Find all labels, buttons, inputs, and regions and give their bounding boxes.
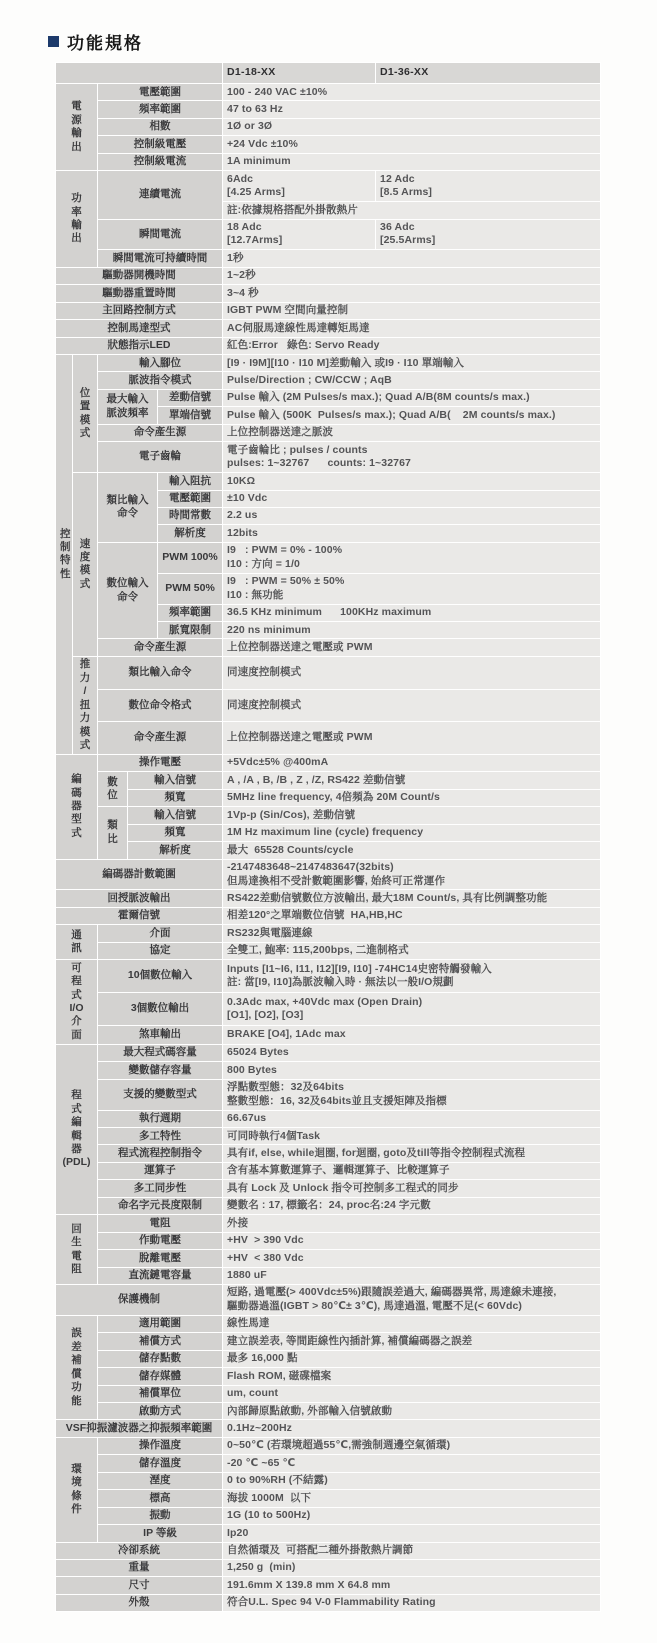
spec-value: 具有 Lock 及 Unlock 指令可控制多工程式的同步 <box>223 1180 601 1197</box>
spec-value: 2.2 us <box>223 507 601 524</box>
spec-row-label: 10個數位輸入 <box>98 960 223 993</box>
spec-value: 紅色:Error 綠色: Servo Ready <box>223 337 601 354</box>
spec-row-label: 瞬間電流 <box>98 219 223 250</box>
spec-row-label: 頻寬 <box>128 824 223 841</box>
section-title-text: 功能規格 <box>67 29 143 54</box>
spec-row-label: PWM 50% <box>158 573 223 604</box>
spec-row-label: 連續電流 <box>98 171 223 219</box>
spec-value: 符合U.L. Spec 94 V-0 Flammability Rating <box>223 1594 601 1611</box>
spec-value: 內部歸原點啟動, 外部輸入信號啟動 <box>223 1403 601 1420</box>
spec-value: I9 : PWM = 50% ± 50% I10 : 無功能 <box>223 573 601 604</box>
spec-row-label: 補償方式 <box>98 1333 223 1350</box>
spec-row-label: 頻寬 <box>128 789 223 806</box>
spec-row-label: 電子齒輪 <box>98 442 223 473</box>
spec-row-label: 振動 <box>98 1507 223 1524</box>
spec-row-label: 煞車輸出 <box>98 1026 223 1045</box>
spec-value: 線性馬達 <box>223 1315 601 1332</box>
spec-row-label: 命令產生源 <box>98 424 223 441</box>
spec-row-label: 控制馬達型式 <box>56 320 223 337</box>
spec-row-label: PWM 100% <box>158 542 223 573</box>
spec-group-label: 電 源 輸 出 <box>56 84 98 171</box>
spec-value: 1G (10 to 500Hz) <box>223 1507 601 1524</box>
spec-value: 建立誤差表, 等間距線性內插計算, 補償編碼器之誤差 <box>223 1333 601 1350</box>
spec-row-label: IP 等級 <box>98 1525 223 1542</box>
spec-row-label: 介面 <box>98 925 223 942</box>
section-title: 功能規格 <box>48 29 143 54</box>
spec-row-label: 命令產生源 <box>98 722 223 755</box>
spec-value: 可同時執行4個Task <box>223 1128 601 1145</box>
spec-group-label: 數 位 <box>98 772 128 807</box>
spec-group-label: 控 制 特 性 <box>56 355 73 755</box>
spec-value: 1Vp-p (Sin/Cos), 差動信號 <box>223 807 601 824</box>
spec-row-label: 輸入阻抗 <box>158 473 223 490</box>
spec-row-label: 程式流程控制指令 <box>98 1145 223 1162</box>
spec-row-label: 編碼器計數範圍 <box>56 859 223 890</box>
spec-row-label: VSF抑振濾波器之抑振頻率範圍 <box>56 1420 223 1437</box>
spec-row-label: 輸入信號 <box>128 772 223 789</box>
spec-group-label: 功 率 輸 出 <box>56 171 98 268</box>
spec-row-label: 相數 <box>98 118 223 135</box>
spec-group-label: 通 訊 <box>56 925 98 960</box>
spec-row-label: 作動電壓 <box>98 1232 223 1249</box>
spec-row-label: 回授脈波輸出 <box>56 890 223 907</box>
spec-row-label: 頻率範圍 <box>98 101 223 118</box>
spec-value: 0.3Adc max, +40Vdc max (Open Drain) [O1]… <box>223 993 601 1026</box>
spec-value: 36 Adc [25.5Arms] <box>376 219 601 250</box>
spec-row-label: 頻率範圍 <box>158 604 223 621</box>
spec-value: 0.1Hz~200Hz <box>223 1420 601 1437</box>
spec-value: 36.5 KHz minimum 100KHz maximum <box>223 604 601 621</box>
spec-row-label: 電壓範圍 <box>158 490 223 507</box>
spec-row-label: 時間常數 <box>158 507 223 524</box>
spec-row-label: 霍爾信號 <box>56 907 223 924</box>
spec-row-label: 啟動方式 <box>98 1403 223 1420</box>
spec-row-label: 命名字元長度限制 <box>98 1197 223 1214</box>
model-column-header: D1-36-XX <box>376 63 601 84</box>
spec-row-label: 數位輸入 命令 <box>98 542 158 639</box>
spec-value: IGBT PWM 空間向量控制 <box>223 302 601 319</box>
spec-row-label: 驅動器開機時間 <box>56 267 223 284</box>
spec-value: 上位控制器送達之電壓或 PWM <box>223 722 601 755</box>
spec-row-label: 3個數位輸出 <box>98 993 223 1026</box>
spec-row-label: 多工同步性 <box>98 1180 223 1197</box>
spec-value: 1秒 <box>223 250 601 267</box>
spec-value: [I9 · I9M][I10 · I10 M]差動輸入 或I9 · I10 單端… <box>223 355 601 372</box>
spec-group-label: 推 力 / 扭 力 模 式 <box>73 656 98 754</box>
spec-value: +24 Vdc ±10% <box>223 136 601 153</box>
spec-group-label: 類 比 <box>98 807 128 859</box>
spec-value: 全雙工, 鮑率: 115,200bps, 二進制格式 <box>223 942 601 959</box>
spec-row-label: 儲存溫度 <box>98 1455 223 1472</box>
spec-row-label: 主回路控制方式 <box>56 302 223 319</box>
spec-value: 1880 uF <box>223 1267 601 1284</box>
spec-value: 3~4 秒 <box>223 285 601 302</box>
spec-value: RS422差動信號數位方波輸出, 最大18M Count/s, 具有比例調整功能 <box>223 890 601 907</box>
spec-row-label: 差動信號 <box>158 389 223 406</box>
spec-value: 1A minimum <box>223 153 601 170</box>
spec-value: 10KΩ <box>223 473 601 490</box>
spec-row-label: 脈寬限制 <box>158 622 223 639</box>
spec-value: 220 ns minimum <box>223 622 601 639</box>
spec-row-label: 輸入信號 <box>128 807 223 824</box>
spec-value: -20 ℃ ~65 ℃ <box>223 1455 601 1472</box>
spec-sheet-page: 功能規格 D1-18-XXD1-36-XX電 源 輸 出電壓範圍100 - 24… <box>0 0 657 1643</box>
spec-row-label: 適用範圍 <box>98 1315 223 1332</box>
spec-value: ±10 Vdc <box>223 490 601 507</box>
spec-value: +HV > 390 Vdc <box>223 1232 601 1249</box>
spec-value: 外接 <box>223 1215 601 1232</box>
spec-row-label: 重量 <box>56 1559 223 1576</box>
spec-value: A , /A , B, /B , Z , /Z, RS422 差動信號 <box>223 772 601 789</box>
spec-row-label: 操作溫度 <box>98 1437 223 1454</box>
spec-row-label: 單端信號 <box>158 407 223 424</box>
spec-value: 191.6mm X 139.8 mm X 64.8 mm <box>223 1577 601 1594</box>
spec-value: RS232與電腦連線 <box>223 925 601 942</box>
spec-value: 100 - 240 VAC ±10% <box>223 84 601 101</box>
spec-value: 相差120°之單端數位信號 HA,HB,HC <box>223 907 601 924</box>
spec-row-label: 數位命令格式 <box>98 689 223 722</box>
spec-value: 47 to 63 Hz <box>223 101 601 118</box>
spec-row-label: 冷卻系統 <box>56 1542 223 1559</box>
spec-value: 同速度控制模式 <box>223 656 601 689</box>
spec-row-label: 標高 <box>98 1490 223 1507</box>
spec-value: 同速度控制模式 <box>223 689 601 722</box>
spec-row-label: 控制級電流 <box>98 153 223 170</box>
spec-value: um, count <box>223 1385 601 1402</box>
spec-row-label: 類比輸入命令 <box>98 656 223 689</box>
spec-row-label: 控制級電壓 <box>98 136 223 153</box>
spec-row-label: 最大輸入 脈波頻率 <box>98 389 158 424</box>
spec-row-label: 儲存點數 <box>98 1350 223 1367</box>
model-column-header: D1-18-XX <box>223 63 376 84</box>
spec-value: 12 Adc [8.5 Arms] <box>376 171 601 202</box>
spec-table-body: D1-18-XXD1-36-XX電 源 輸 出電壓範圍100 - 240 VAC… <box>56 63 601 1612</box>
spec-value: 1~2秒 <box>223 267 601 284</box>
spec-value: Ip20 <box>223 1525 601 1542</box>
section-bullet-icon <box>48 36 59 47</box>
spec-value: I9 : PWM = 0% - 100% I10 : 方向 = 1/0 <box>223 542 601 573</box>
spec-group-label: 編 碼 器 型 式 <box>56 754 98 859</box>
spec-row-label: 尺寸 <box>56 1577 223 1594</box>
table-corner-cell <box>56 63 223 84</box>
spec-value: 短路, 過電壓(> 400Vdc±5%)跟隨誤差過大, 編碼器異常, 馬達線未連… <box>223 1284 601 1315</box>
spec-value: 電子齒輪比 ; pulses / counts pulses: 1~32767 … <box>223 442 601 473</box>
spec-value: 6Adc [4.25 Arms] <box>223 171 376 202</box>
spec-value: BRAKE [O4], 1Adc max <box>223 1026 601 1045</box>
spec-value: +HV < 380 Vdc <box>223 1250 601 1267</box>
spec-row-label: 運算子 <box>98 1162 223 1179</box>
spec-group-label: 環 境 條 件 <box>56 1437 98 1542</box>
spec-row-label: 外殼 <box>56 1594 223 1611</box>
spec-value: 含有基本算數運算子、邏輯運算子、比較運算子 <box>223 1162 601 1179</box>
spec-value: Inputs [I1~I6, I11, I12][I9, I10] -74HC1… <box>223 960 601 993</box>
spec-value: AC伺服馬達線性馬達轉矩馬達 <box>223 320 601 337</box>
spec-value: 1,250 g (min) <box>223 1559 601 1576</box>
spec-value: Flash ROM, 磁碟檔案 <box>223 1368 601 1385</box>
spec-group-label: 回 生 電 阻 <box>56 1215 98 1285</box>
spec-row-label: 電阻 <box>98 1215 223 1232</box>
spec-row-label: 類比輸入 命令 <box>98 473 158 543</box>
spec-value: 上位控制器送達之脈波 <box>223 424 601 441</box>
spec-row-label: 溼度 <box>98 1472 223 1489</box>
spec-row-label: 支援的變數型式 <box>98 1079 223 1110</box>
spec-value: 5MHz line frequency, 4倍頻為 20M Count/s <box>223 789 601 806</box>
spec-value: 800 Bytes <box>223 1062 601 1079</box>
spec-value: 最大 65528 Counts/cycle <box>223 842 601 859</box>
spec-value: Pulse 輸入 (500K Pulses/s max.); Quad A/B(… <box>223 407 601 424</box>
spec-group-label: 可 程 式 I/O 介 面 <box>56 960 98 1045</box>
spec-value: +5Vdc±5% @400mA <box>223 754 601 771</box>
spec-row-label: 輸入腳位 <box>98 355 223 372</box>
spec-row-label: 瞬間電流可持續時間 <box>98 250 223 267</box>
spec-row-label: 脈波指令模式 <box>98 372 223 389</box>
spec-value: 上位控制器送達之電壓或 PWM <box>223 639 601 656</box>
spec-row-label: 驅動器重置時間 <box>56 285 223 302</box>
spec-row-label: 狀態指示LED <box>56 337 223 354</box>
spec-group-label: 速 度 模 式 <box>73 473 98 657</box>
spec-row-label: 解析度 <box>128 842 223 859</box>
spec-row-label: 補償單位 <box>98 1385 223 1402</box>
spec-value: 12bits <box>223 525 601 542</box>
spec-value: 1Ø or 3Ø <box>223 118 601 135</box>
spec-value: 66.67us <box>223 1110 601 1127</box>
spec-row-label: 變數儲存容量 <box>98 1062 223 1079</box>
spec-value: 自然循環及 可搭配二種外掛散熱片調節 <box>223 1542 601 1559</box>
spec-value: 浮點數型態：32及64bits 整數型態：16, 32及64bits並且支援矩陣… <box>223 1079 601 1110</box>
spec-value: 海拔 1000M 以下 <box>223 1490 601 1507</box>
spec-value: 註:依據規格搭配外掛散熱片 <box>223 202 601 219</box>
spec-value: Pulse 輸入 (2M Pulses/s max.); Quad A/B(8M… <box>223 389 601 406</box>
spec-value: 最多 16,000 點 <box>223 1350 601 1367</box>
spec-row-label: 脫離電壓 <box>98 1250 223 1267</box>
spec-value: 0 to 90%RH (不結露) <box>223 1472 601 1489</box>
spec-group-label: 誤 差 補 償 功 能 <box>56 1315 98 1420</box>
spec-row-label: 多工特性 <box>98 1128 223 1145</box>
spec-row-label: 協定 <box>98 942 223 959</box>
spec-value: 18 Adc [12.7Arms] <box>223 219 376 250</box>
spec-value: 具有if, else, while迴圈, for迴圈, goto及till等指令… <box>223 1145 601 1162</box>
spec-row-label: 解析度 <box>158 525 223 542</box>
spec-group-label: 程 式 編 輯 器 (PDL) <box>56 1044 98 1214</box>
spec-row-label: 儲存媒體 <box>98 1368 223 1385</box>
spec-group-label: 位 置 模 式 <box>73 355 98 473</box>
spec-row-label: 電壓範圍 <box>98 84 223 101</box>
spec-value: 0~50℃ (若環境超過55℃,需強制週邊空氣循環) <box>223 1437 601 1454</box>
spec-value: 變數名 : 17, 標籤名：24, proc名:24 字元數 <box>223 1197 601 1214</box>
spec-value: -2147483648~2147483647(32bits) 但馬達換相不受計數… <box>223 859 601 890</box>
spec-row-label: 執行週期 <box>98 1110 223 1127</box>
spec-row-label: 保護機制 <box>56 1284 223 1315</box>
spec-value: 1M Hz maximum line (cycle) frequency <box>223 824 601 841</box>
spec-table: D1-18-XXD1-36-XX電 源 輸 出電壓範圍100 - 240 VAC… <box>55 62 601 1612</box>
spec-value: 65024 Bytes <box>223 1044 601 1061</box>
spec-value: Pulse/Direction ; CW/CCW ; AqB <box>223 372 601 389</box>
spec-row-label: 最大程式碼容量 <box>98 1044 223 1061</box>
spec-row-label: 操作電壓 <box>98 754 223 771</box>
spec-row-label: 直流鏈電容量 <box>98 1267 223 1284</box>
spec-row-label: 命令產生源 <box>98 639 223 656</box>
